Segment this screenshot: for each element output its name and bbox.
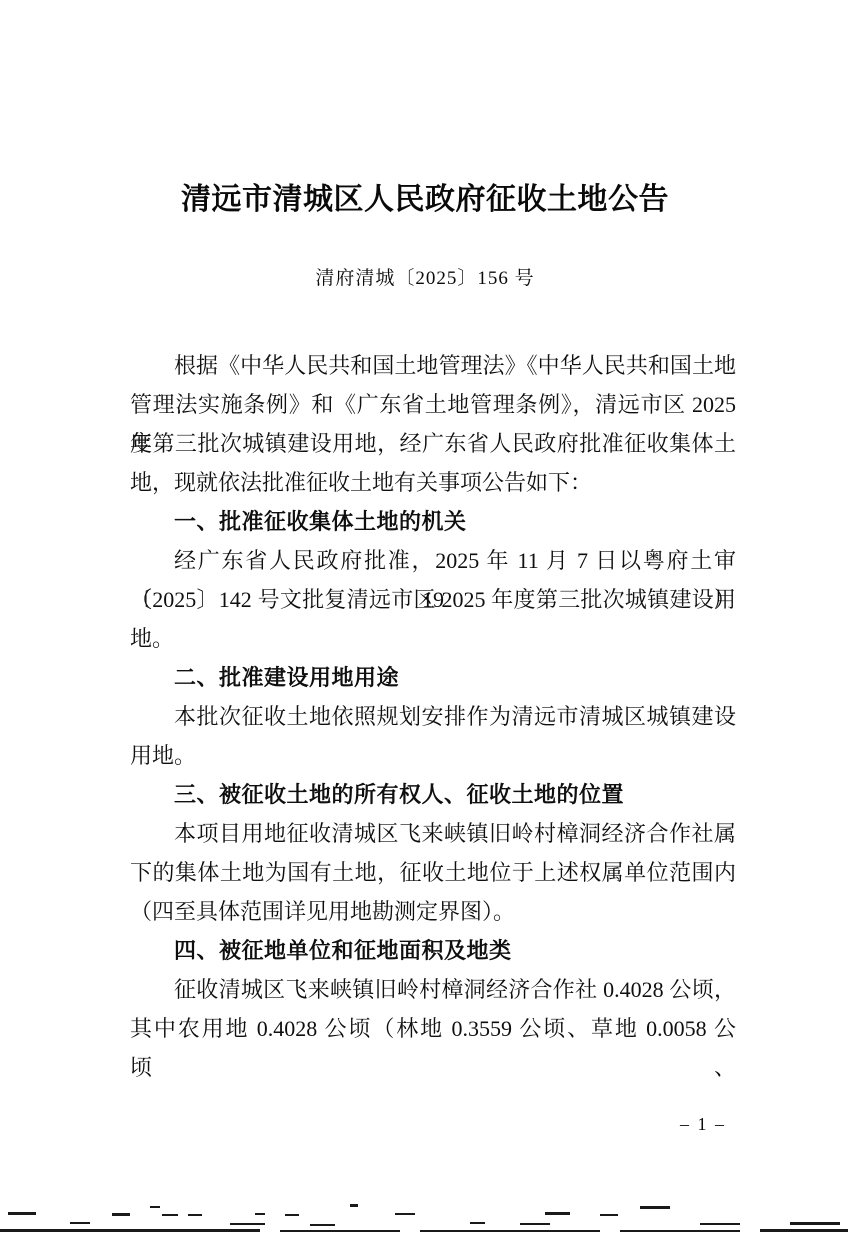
scan-artifact-mark	[600, 1214, 618, 1216]
body-line: 本项目用地征收清城区飞来峡镇旧岭村樟洞经济合作社属	[130, 814, 736, 853]
document-number: 清府清城〔2025〕156 号	[0, 266, 850, 292]
body-line: 用地。	[130, 736, 736, 775]
scan-artifact-mark	[470, 1222, 485, 1224]
scan-artifact-mark	[700, 1223, 740, 1225]
section-heading: 三、被征收土地的所有权人、征收土地的位置	[130, 775, 736, 814]
document-title: 清远市清城区人民政府征收土地公告	[0, 181, 850, 219]
scan-artifact-mark	[162, 1214, 178, 1216]
scan-artifact-mark	[8, 1212, 36, 1215]
scan-artifact-mark	[230, 1223, 265, 1225]
scan-artifact-mark	[395, 1213, 415, 1215]
document-body: 根据《中华人民共和国土地管理法》《中华人民共和国土地 管理法实施条例》和《广东省…	[130, 346, 736, 1048]
scan-artifact-mark	[285, 1214, 299, 1216]
page-number: – 1 –	[680, 1114, 726, 1135]
section-heading: 二、批准建设用地用途	[130, 658, 736, 697]
scan-artifact-mark	[150, 1206, 160, 1208]
scan-artifact-mark	[545, 1212, 570, 1215]
scan-artifact-mark	[350, 1204, 358, 1207]
body-line: 本批次征收土地依照规划安排作为清远市清城区城镇建设	[130, 697, 736, 736]
body-line: 地。	[130, 619, 736, 658]
scan-artifact-mark	[620, 1230, 740, 1232]
body-line: （四至具体范围详见用地勘测定界图）。	[130, 892, 736, 931]
scan-artifact-mark	[280, 1230, 400, 1232]
scan-artifact-mark	[188, 1214, 202, 1216]
document-page: 清远市清城区人民政府征收土地公告 清府清城〔2025〕156 号 根据《中华人民…	[0, 0, 850, 1235]
scan-artifact-mark	[790, 1222, 840, 1225]
scan-artifact-mark	[112, 1213, 130, 1216]
section-heading: 四、被征地单位和征地面积及地类	[130, 931, 736, 970]
body-line: 度第三批次城镇建设用地，经广东省人民政府批准征收集体土	[130, 424, 736, 463]
body-line: 地，现就依法批准征收土地有关事项公告如下：	[130, 463, 736, 502]
scan-artifact-mark	[420, 1230, 600, 1232]
scan-artifact-mark	[255, 1213, 265, 1215]
body-line: 征收清城区飞来峡镇旧岭村樟洞经济合作社 0.4028 公顷，	[130, 970, 736, 1009]
body-line: 管理法实施条例》和《广东省土地管理条例》，清远市区 2025 年	[130, 385, 736, 424]
body-line: 其中农用地 0.4028 公顷（林地 0.3559 公顷、草地 0.0058 公…	[130, 1009, 736, 1048]
body-line: 下的集体土地为国有土地，征收土地位于上述权属单位范围内	[130, 853, 736, 892]
scan-artifact-mark	[760, 1229, 848, 1232]
body-line: 经广东省人民政府批准，2025 年 11 月 7 日以粤府土审（19）	[130, 541, 736, 580]
scan-artifact-mark	[0, 1229, 260, 1232]
scan-artifact-mark	[520, 1223, 550, 1225]
scan-artifact-mark	[640, 1206, 670, 1209]
section-heading: 一、批准征收集体土地的机关	[130, 502, 736, 541]
body-line: 根据《中华人民共和国土地管理法》《中华人民共和国土地	[130, 346, 736, 385]
scan-artifact-mark	[70, 1222, 90, 1224]
body-line: 〔2025〕142 号文批复清远市区 2025 年度第三批次城镇建设用	[130, 580, 736, 619]
scan-artifact-mark	[310, 1224, 335, 1226]
